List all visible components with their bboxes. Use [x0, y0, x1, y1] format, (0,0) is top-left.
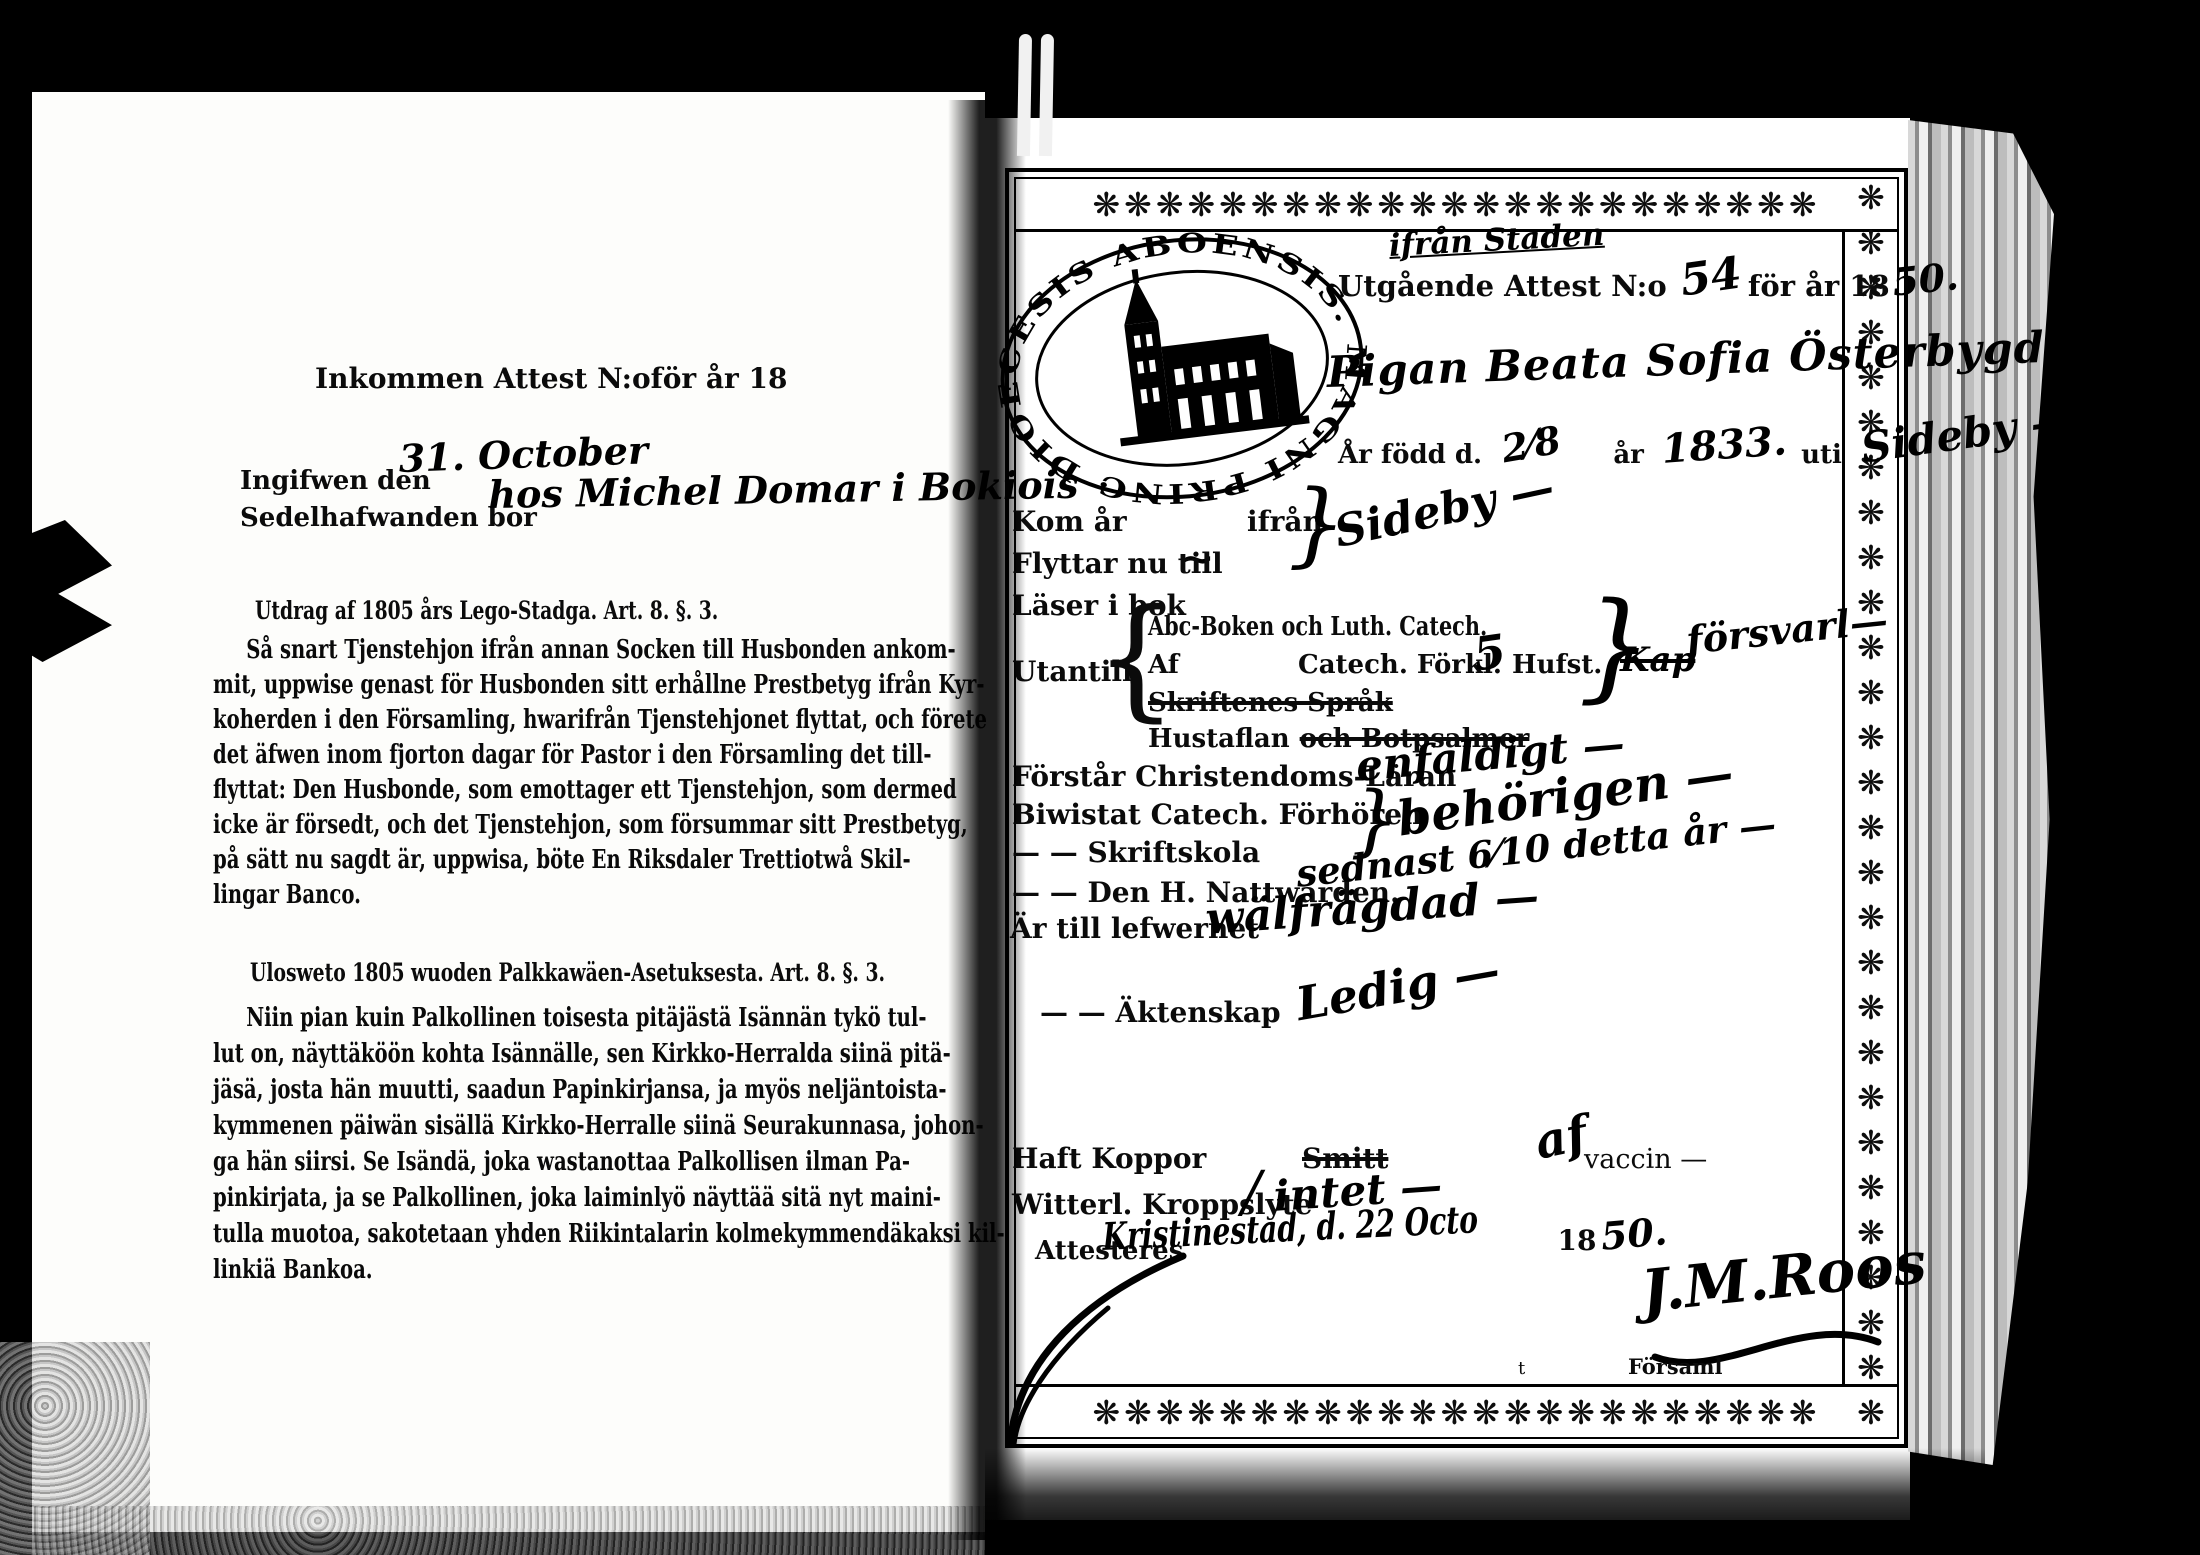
cathedral-icon — [1100, 251, 1310, 447]
book-gutter-shadow — [948, 100, 1026, 1540]
page-bottom-shadow — [985, 1448, 1985, 1555]
attest-year-label: för år 18 — [1748, 269, 1890, 303]
utantill-item-af: Af — [1148, 650, 1179, 680]
scan-noise-left-page-bottom — [32, 1506, 985, 1555]
kom-ar-label: Kom år — [1012, 505, 1127, 538]
footer-forsaml-label: Församl — [1628, 1354, 1722, 1379]
footer-mark: t — [1518, 1358, 1525, 1379]
finnish-statute-paragraph: Niin pian kuin Palkollinen toisesta pitä… — [213, 1000, 742, 1288]
paragraph-line: Så snart Tjenstehjon ifrån annan Socken … — [213, 633, 742, 668]
born-uti-label: uti — [1801, 440, 1842, 470]
rosette-border-right: ❋❋❋❋❋❋❋❋❋❋❋❋❋❋❋❋❋❋❋❋❋❋❋❋❋❋❋❋ — [1842, 232, 1897, 1384]
skriftskola-label: — — Skriftskola — [1012, 836, 1260, 869]
born-row: År född d. 2⁄8 år 1833. uti Sideby — — [1338, 424, 2071, 473]
attest-label: Utgående Attest N:o — [1338, 269, 1667, 303]
rosette-ornament-icon: ❋❋❋❋❋❋❋❋❋❋❋❋❋❋❋❋❋❋❋❋❋❋❋ — [1093, 188, 1821, 221]
inkommen-attest-label: Inkommen Attest N:o — [315, 362, 651, 395]
paragraph-line: ga hän siirsi. Se Isändä, joka wastanott… — [213, 1144, 742, 1180]
aktenskap-label: — — Äktenskap — [1040, 996, 1281, 1029]
attesteres-year-print: 18 — [1558, 1224, 1597, 1257]
paragraph-line: flyttat: Den Husbonde, som emottager ett… — [213, 773, 742, 808]
attesteres-year-handwritten: 50. — [1599, 1208, 1669, 1259]
paragraph-line: koherden i den Församling, hwarifrån Tje… — [213, 703, 742, 738]
paragraph-line: det äfwen inom fjorton dagar för Pastor … — [213, 738, 742, 773]
utantill-kap-struck: Kap — [1620, 640, 1695, 680]
utantill-item-skriftenes-struck: Skriftenes Språk — [1148, 688, 1393, 718]
born-year-handwritten: 1833. — [1660, 417, 1788, 473]
paragraph-line: lingar Banco. — [213, 878, 742, 913]
paragraph-line: icke är försedt, och det Tjenstehjon, so… — [213, 808, 742, 843]
born-label: År född d. — [1338, 440, 1482, 470]
paragraph-line: på sätt nu sagdt är, uppwisa, böte En Ri… — [213, 843, 742, 878]
utantill-item-hustaflan: Hustaflan — [1148, 724, 1290, 754]
paragraph-line: Niin pian kuin Palkollinen toisesta pitä… — [213, 1000, 742, 1036]
paragraph-line: kymmenen päiwän sisällä Kirkko-Herralle … — [213, 1108, 742, 1144]
paragraph-line: pinkirjata, ja se Palkollinen, joka laim… — [213, 1180, 742, 1216]
paragraph-line: tulla muotoa, sakotetaan yhden Riikintal… — [213, 1216, 742, 1252]
utantill-item-abc: Abc-Boken och Luth. Catech. — [1148, 612, 1487, 642]
swedish-statute-heading: Utdrag af 1805 års Lego-Stadga. Art. 8. … — [255, 596, 718, 625]
attest-year-handwritten: 50. — [1890, 253, 1960, 305]
paragraph-line: jäsä, josta hän muutti, saadun Papinkirj… — [213, 1072, 742, 1108]
koppor-af-handwritten: af — [1530, 1105, 1592, 1171]
finnish-statute-heading: Ulosweto 1805 wuoden Palkkawäen-Asetukse… — [250, 958, 885, 987]
paragraph-line: linkiä Bankoa. — [213, 1252, 742, 1288]
bookmark-ribbon — [1017, 34, 1032, 156]
bookmark-ribbon — [1039, 34, 1054, 156]
born-date-handwritten: 2⁄8 — [1498, 417, 1564, 472]
page-stack-edge — [1908, 120, 2054, 1465]
inkommen-year-label: för år 18 — [651, 362, 788, 395]
attest-number-row: Utgående Attest N:o 54 för år 18 50. — [1338, 256, 1956, 307]
paragraph-line: mit, uppwise genast för Husbonden sitt e… — [213, 668, 742, 703]
attest-number-handwritten: 54 — [1677, 247, 1745, 306]
utantill-item-catech-forkl: Catech. Förkl. — [1298, 650, 1502, 680]
flyttar-label: Flyttar nu till — [1012, 547, 1223, 580]
koppor-vaccin-label: vaccin — — [1584, 1144, 1707, 1175]
born-year-label: år — [1613, 440, 1644, 470]
paragraph-line: lut on, näyttäköön kohta Isännälle, sen … — [213, 1036, 742, 1072]
koppor-label: Haft Koppor — [1012, 1142, 1206, 1175]
scanned-book-spread: Inkommen Attest N:o för år 18 Ingifwen d… — [0, 0, 2200, 1555]
left-header-row: Inkommen Attest N:o för år 18 — [315, 362, 707, 395]
swedish-statute-paragraph: Så snart Tjenstehjon ifrån annan Socken … — [213, 633, 742, 913]
